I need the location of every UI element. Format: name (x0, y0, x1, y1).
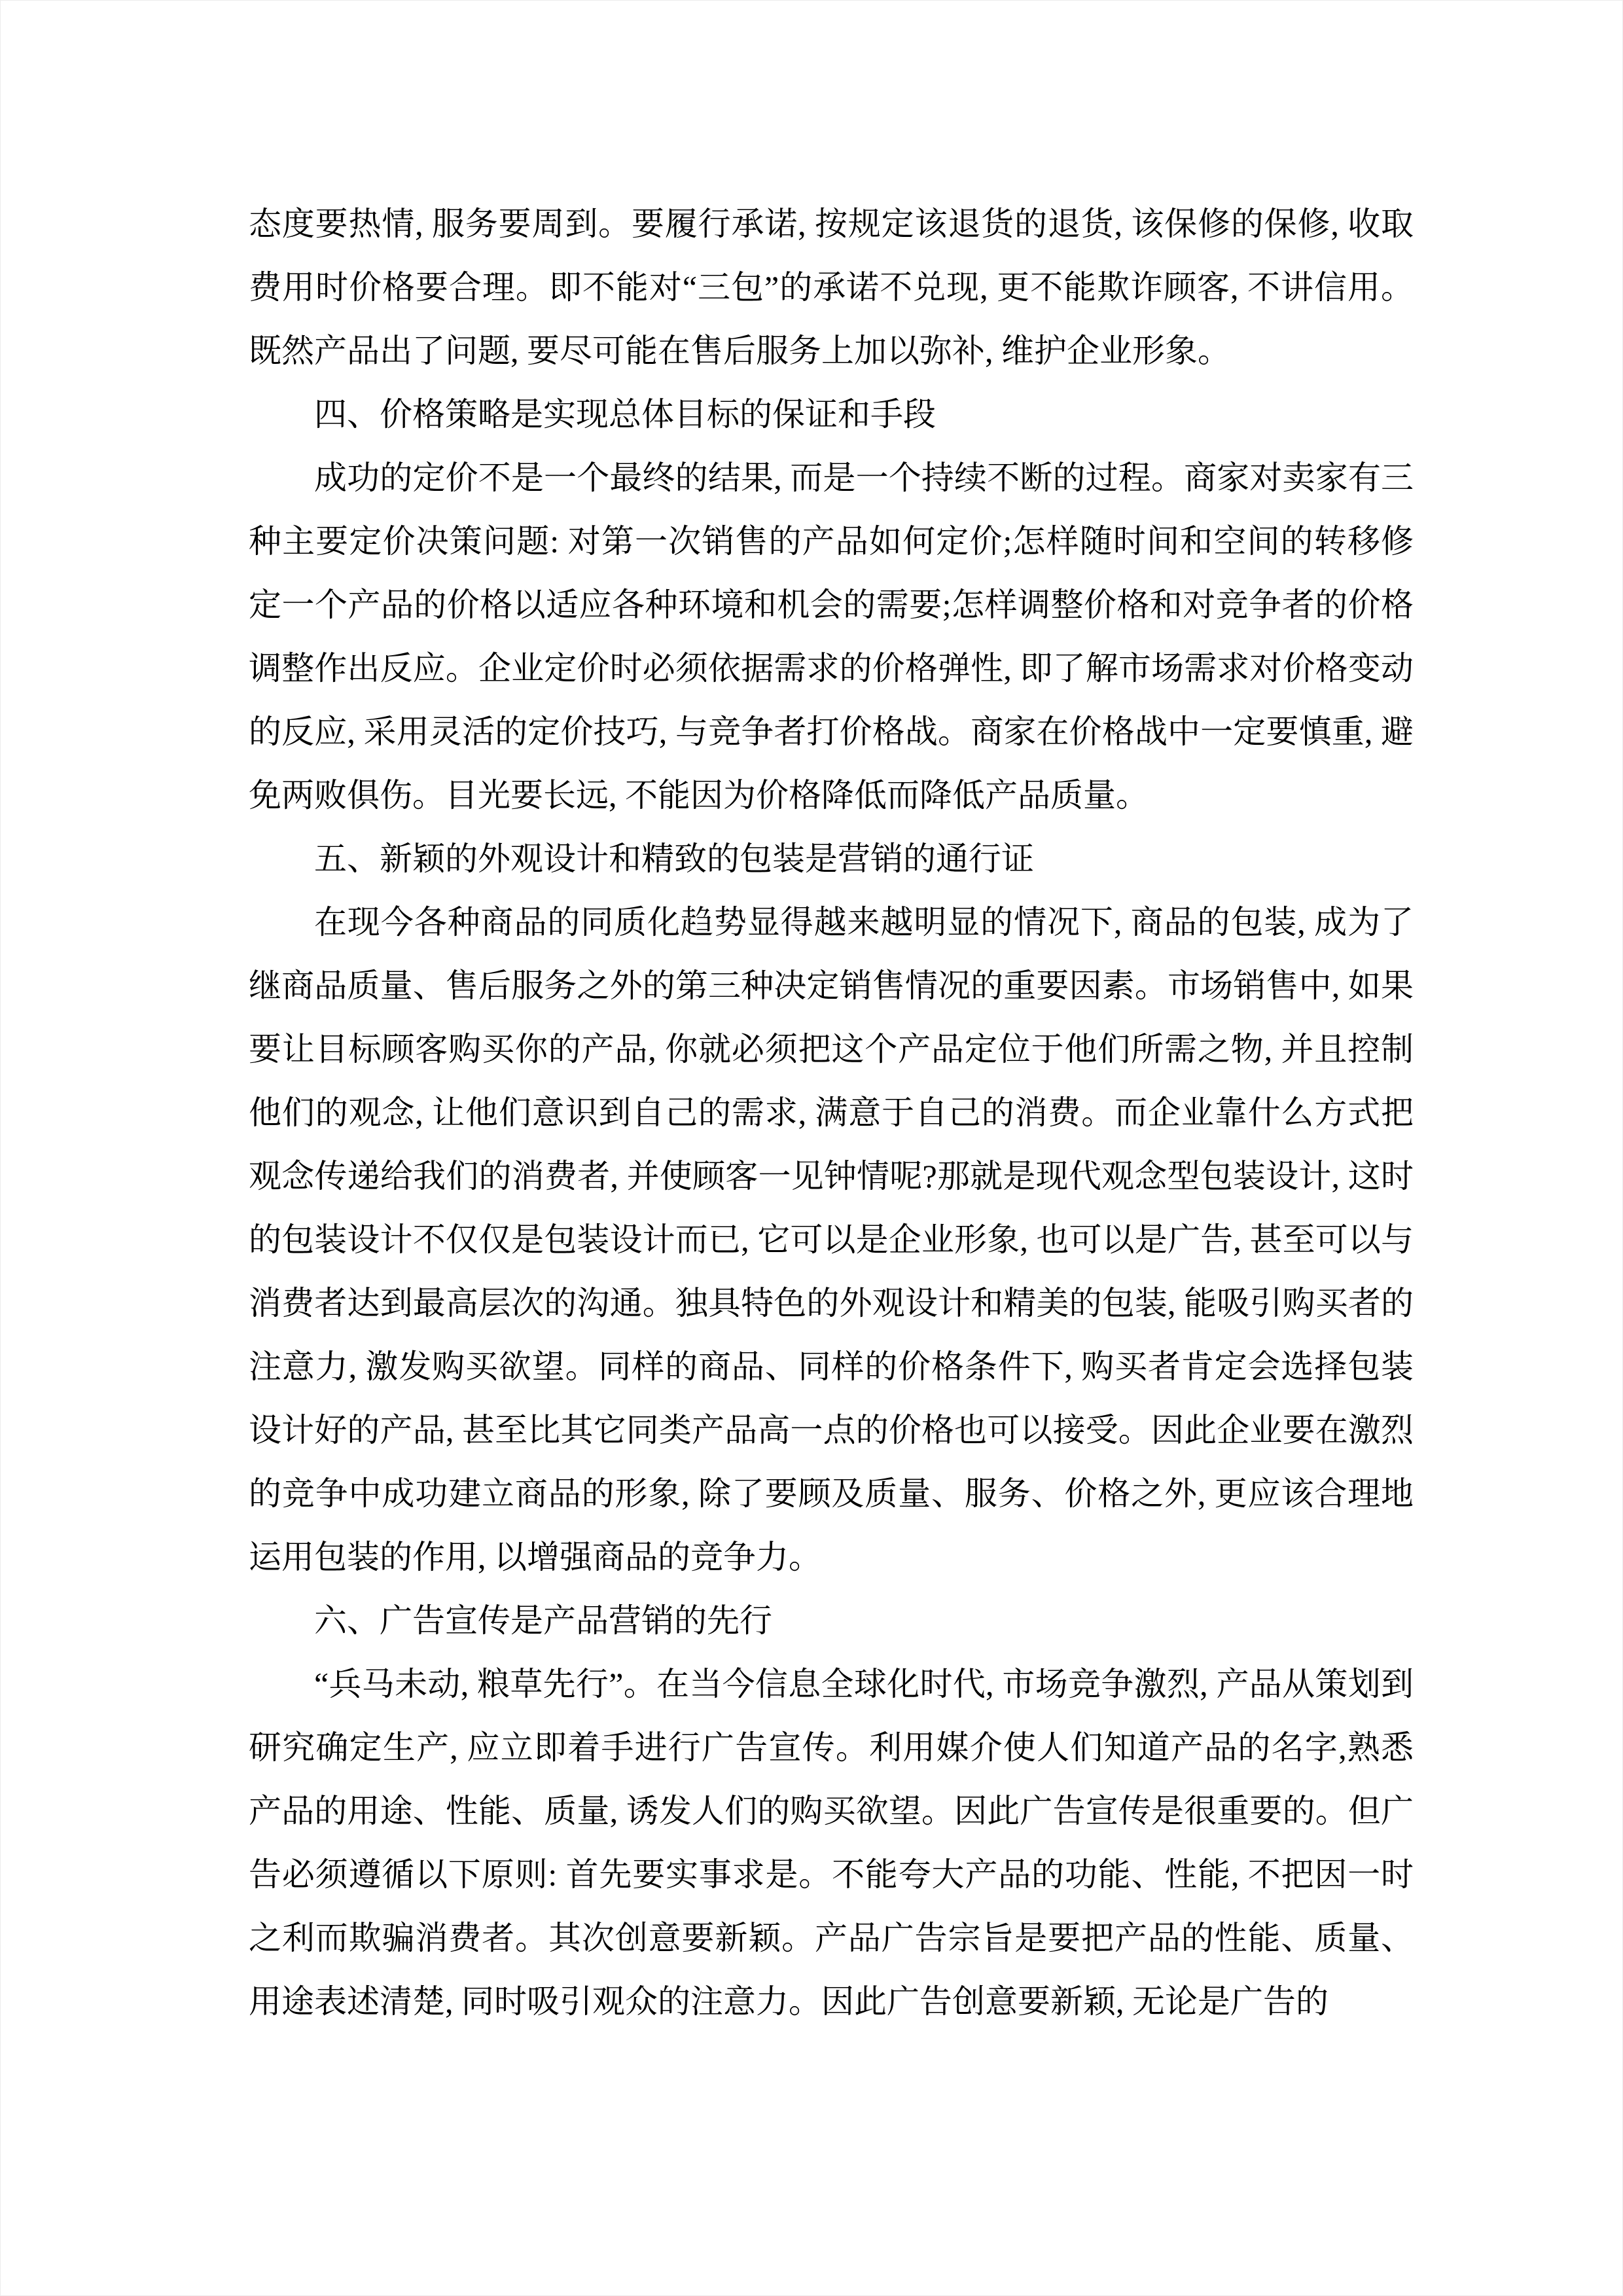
document-page: 态度要热情, 服务要周到。要履行承诺, 按规定该退货的退货, 该保修的保修, 收… (0, 0, 1623, 2296)
paragraph-after-sales-service-continuation: 态度要热情, 服务要周到。要履行承诺, 按规定该退货的退货, 该保修的保修, 收… (249, 192, 1414, 383)
heading-section-4-price-strategy: 四、价格策略是实现总体目标的保证和手段 (249, 383, 1414, 446)
heading-section-6-advertising: 六、广告宣传是产品营销的先行 (249, 1589, 1414, 1653)
document-text-body: 态度要热情, 服务要周到。要履行承诺, 按规定该退货的退货, 该保修的保修, 收… (249, 192, 1414, 2034)
paragraph-packaging-importance: 在现今各种商品的同质化趋势显得越来越明显的情况下, 商品的包装, 成为了继商品质… (249, 891, 1414, 1589)
paragraph-pricing-decisions: 成功的定价不是一个最终的结果, 而是一个持续不断的过程。商家对卖家有三种主要定价… (249, 446, 1414, 827)
paragraph-advertising-principles: “兵马未动, 粮草先行”。在当今信息全球化时代, 市场竞争激烈, 产品从策划到研… (249, 1653, 1414, 2034)
heading-section-5-design-packaging: 五、新颖的外观设计和精致的包装是营销的通行证 (249, 827, 1414, 891)
